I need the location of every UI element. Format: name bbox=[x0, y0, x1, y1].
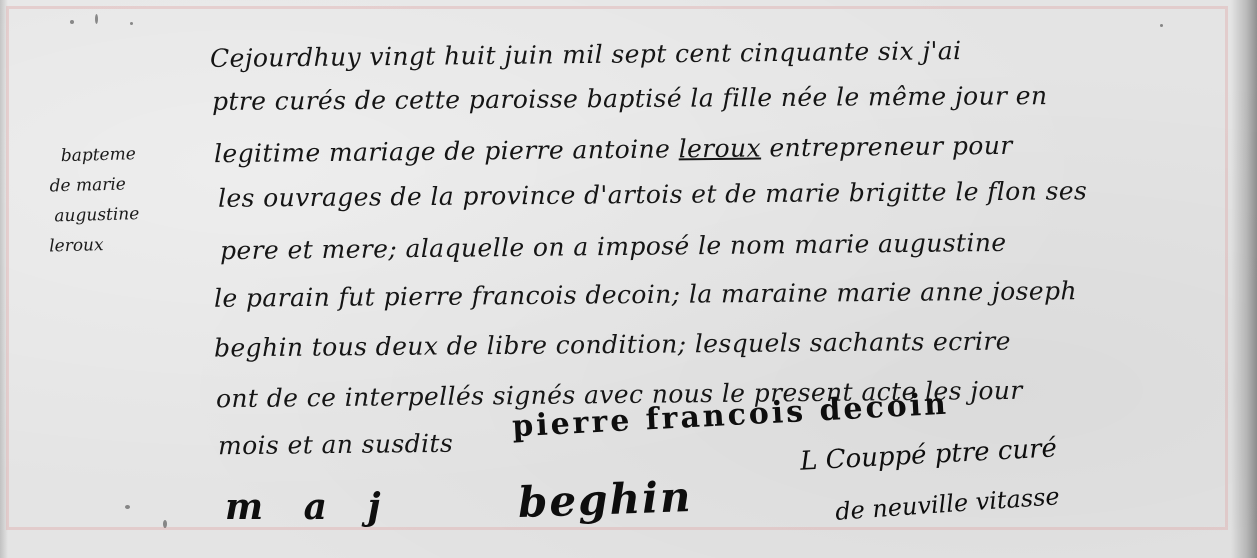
body-line-3-start: legitime mariage de pierre antoine bbox=[214, 134, 671, 168]
body-line-9: mois et an susdits bbox=[218, 429, 453, 460]
body-line-4: les ouvrages de la province d'artois et … bbox=[218, 176, 1087, 213]
body-line-7: beghin tous deux de libre condition; les… bbox=[214, 327, 1011, 363]
paper-speck bbox=[95, 14, 98, 24]
page-edge-shadow-right bbox=[1231, 0, 1257, 558]
signature-priest: L Couppé ptre curé bbox=[799, 433, 1057, 476]
body-line-5: pere et mere; alaquelle on a imposé le n… bbox=[220, 228, 1007, 265]
signature-godmother-surname: beghin bbox=[517, 472, 693, 527]
signature-priest-parish: de neuville vitasse bbox=[834, 482, 1060, 526]
page-edge-shadow-left bbox=[0, 0, 8, 558]
signature-godmother-initials: m a j bbox=[225, 486, 381, 528]
margin-line: augustine bbox=[26, 198, 187, 232]
document-scan: bapteme de marie augustine leroux Cejour… bbox=[0, 0, 1257, 558]
margin-annotation: bapteme de marie augustine leroux bbox=[24, 138, 187, 262]
body-line-3: legitime mariage de pierre antoine lerou… bbox=[214, 131, 1013, 168]
margin-line: de marie bbox=[25, 168, 186, 202]
paper-speck bbox=[130, 22, 133, 25]
body-line-3-end: entrepreneur pour bbox=[769, 131, 1013, 163]
margin-line: bapteme bbox=[24, 138, 185, 172]
paper-speck bbox=[163, 520, 167, 528]
body-line-2: ptre curés de cette paroisse baptisé la … bbox=[212, 81, 1048, 116]
father-surname: leroux bbox=[678, 133, 761, 163]
paper-speck bbox=[125, 505, 130, 509]
paper-speck bbox=[70, 20, 74, 24]
body-line-6: le parain fut pierre francois decoin; la… bbox=[214, 276, 1077, 313]
paper-speck bbox=[1160, 24, 1163, 27]
margin-line: leroux bbox=[27, 228, 188, 262]
body-line-1: Cejourdhuy vingt huit juin mil sept cent… bbox=[210, 36, 962, 73]
